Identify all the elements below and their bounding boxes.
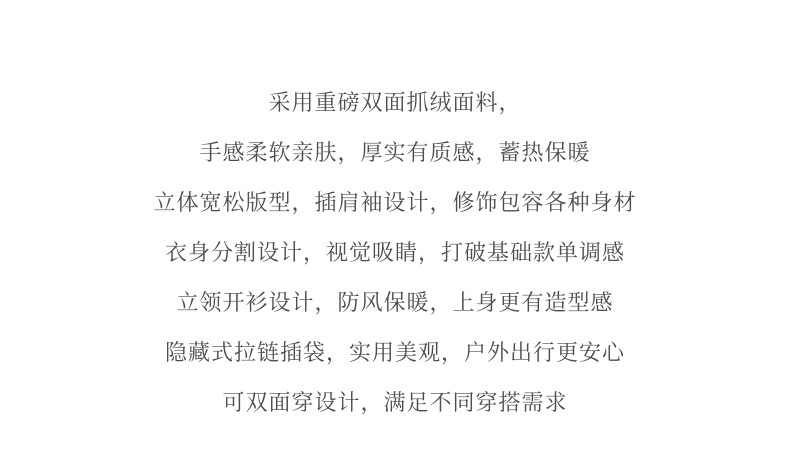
description-line-cut: 衣身分割设计，视觉吸睛，打破基础款单调感 bbox=[0, 228, 790, 278]
description-line-feel: 手感柔软亲肤，厚实有质感，蓄热保暖 bbox=[0, 128, 790, 178]
description-line-fit: 立体宽松版型，插肩袖设计，修饰包容各种身材 bbox=[0, 178, 790, 228]
description-line-collar: 立领开衫设计，防风保暖，上身更有造型感 bbox=[0, 278, 790, 328]
description-line-reversible: 可双面穿设计，满足不同穿搭需求 bbox=[0, 378, 790, 428]
description-line-pocket: 隐藏式拉链插袋，实用美观，户外出行更安心 bbox=[0, 328, 790, 378]
product-description-panel: 采用重磅双面抓绒面料， 手感柔软亲肤，厚实有质感，蓄热保暖 立体宽松版型，插肩袖… bbox=[0, 0, 790, 452]
description-line-fabric: 采用重磅双面抓绒面料， bbox=[0, 78, 790, 128]
